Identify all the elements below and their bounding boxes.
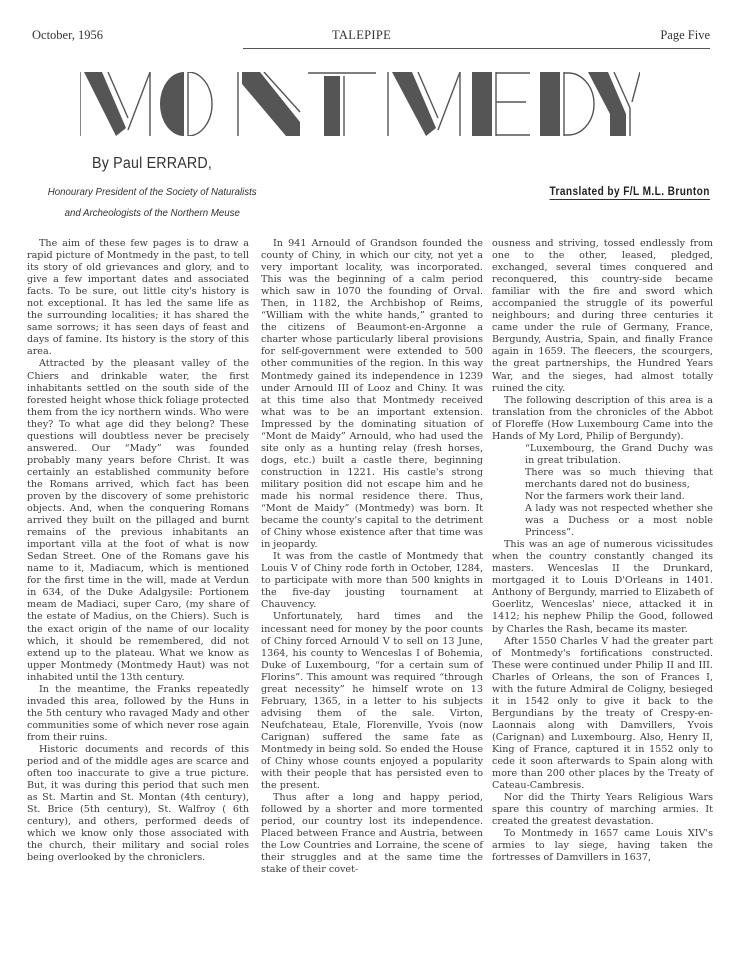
paragraph: After 1550 Charles V had the greater par… <box>492 636 713 793</box>
paragraph: It was from the castle of Montmedy that … <box>261 551 483 611</box>
page-number: Page Five <box>660 28 710 43</box>
paragraph: The aim of these few pages is to draw a … <box>27 238 249 358</box>
quote-line: A lady was not respected whether she was… <box>525 503 713 539</box>
byline: By Paul ERRARD, <box>92 155 212 173</box>
magazine-page: October, 1956 TALEPIPE Page Five MONTMED… <box>0 0 750 958</box>
paragraph: In 941 Arnould of Grandson founded the c… <box>261 238 483 551</box>
paragraph: In the meantime, the Franks repeatedly i… <box>27 684 249 744</box>
paragraph: This was an age of numerous vicissitudes… <box>492 539 713 635</box>
issue-date: October, 1956 <box>32 28 103 43</box>
paragraph: Nor did the Thirty Years Religious Wars … <box>492 792 713 828</box>
block-quote: “Luxembourg, the Grand Duchy was in grea… <box>492 443 713 539</box>
article-column-3: ousness and striving, tossed endlessly f… <box>492 238 713 864</box>
translator-credit: Translated by F/L M.L. Brunton <box>550 184 710 200</box>
author-affiliation-continued: and Archeologists of the Northern Meuse <box>28 207 276 219</box>
quote-line: There was so much thieving that merchant… <box>525 467 713 491</box>
quote-line: “Luxembourg, the Grand Duchy was in grea… <box>525 443 713 467</box>
paragraph: Historic documents and records of this p… <box>27 744 249 864</box>
running-head: October, 1956 TALEPIPE Page Five <box>32 28 710 48</box>
paragraph: Attracted by the pleasant valley of the … <box>27 358 249 683</box>
paragraph-continued: ousness and striving, tossed endlessly f… <box>492 238 713 395</box>
quote-line: Nor the farmers work their land. <box>525 491 713 503</box>
deco-title-lettering <box>80 72 640 136</box>
article-column-2: In 941 Arnould of Grandson founded the c… <box>261 238 483 876</box>
publication-name: TALEPIPE <box>332 28 391 43</box>
article-column-1: The aim of these few pages is to draw a … <box>27 238 249 864</box>
header-rule <box>243 48 710 49</box>
paragraph: To Montmedy in 1657 came Louis XIV's arm… <box>492 828 713 864</box>
paragraph: Unfortunately, hard times and the incess… <box>261 611 483 792</box>
paragraph: The following description of this area i… <box>492 395 713 443</box>
paragraph: Thus after a long and happy period, foll… <box>261 792 483 876</box>
article-title: MONTMEDY <box>80 72 640 136</box>
author-affiliation: Honourary President of the Society of Na… <box>28 186 276 198</box>
